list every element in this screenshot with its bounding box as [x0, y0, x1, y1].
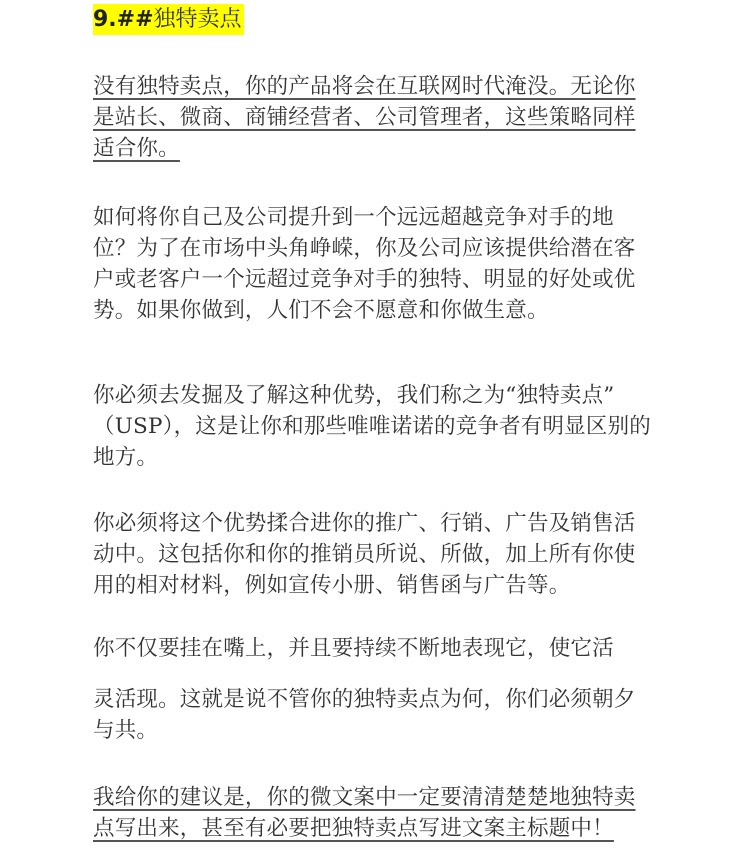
- paragraph-line: 势。如果你做到，人们不会不愿意和你做生意。: [93, 295, 698, 326]
- paragraph-line: 与共。: [93, 715, 698, 746]
- paragraph-line: 如何将你自己及公司提升到一个远远超越竞争对手的地: [93, 202, 698, 233]
- section-heading: 9.##独特卖点: [93, 4, 244, 35]
- paragraph-line: 适合你。: [93, 133, 698, 164]
- paragraph-how-to: 如何将你自己及公司提升到一个远远超越竞争对手的地 位？为了在市场中头角峥嵘，你及…: [93, 202, 698, 326]
- paragraph-line: 位？为了在市场中头角峥嵘，你及公司应该提供给潜在客: [93, 233, 698, 264]
- paragraph-line: 动中。这包括你和你的推销员所说、所做，加上所有你使: [93, 539, 698, 570]
- paragraph-line: 没有独特卖点，你的产品将会在互联网时代淹没。无论你: [93, 71, 698, 102]
- paragraph-line: 你必须将这个优势揉合进你的推广、行销、广告及销售活: [93, 508, 698, 539]
- paragraph-line: 地方。: [93, 442, 698, 473]
- paragraph-line: 户或老客户一个远超过竞争对手的独特、明显的好处或优: [93, 264, 698, 295]
- paragraph-line: 点写出来，甚至有必要把独特卖点写进文案主标题中！: [93, 813, 698, 844]
- paragraph-integrate: 你必须将这个优势揉合进你的推广、行销、广告及销售活 动中。这包括你和你的推销员所…: [93, 508, 698, 601]
- paragraph-line: 你必须去发掘及了解这种优势，我们称之为“独特卖点”: [93, 380, 698, 411]
- paragraph-intro: 没有独特卖点，你的产品将会在互联网时代淹没。无论你 是站长、微商、商铺经营者、公…: [93, 71, 698, 164]
- heading-title: 独特卖点: [154, 7, 242, 32]
- paragraph-line: （USP），这是让你和那些唯唯诺诺的竞争者有明显区别的: [93, 411, 698, 442]
- paragraph-persist-1: 你不仅要挂在嘴上，并且要持续不断地表现它，使它活: [93, 633, 698, 664]
- paragraph-usp: 你必须去发掘及了解这种优势，我们称之为“独特卖点” （USP），这是让你和那些唯…: [93, 380, 698, 473]
- paragraph-line: 我给你的建议是，你的微文案中一定要清清楚楚地独特卖: [93, 782, 698, 813]
- paragraph-line: 是站长、微商、商铺经营者、公司管理者，这些策略同样: [93, 102, 698, 133]
- paragraph-line: 你不仅要挂在嘴上，并且要持续不断地表现它，使它活: [93, 633, 698, 664]
- paragraph-line: 用的相对材料，例如宣传小册、销售函与广告等。: [93, 570, 698, 601]
- paragraph-line: 灵活现。这就是说不管你的独特卖点为何，你们必须朝夕: [93, 684, 698, 715]
- paragraph-advice: 我给你的建议是，你的微文案中一定要清清楚楚地独特卖 点写出来，甚至有必要把独特卖…: [93, 782, 698, 844]
- paragraph-persist-2: 灵活现。这就是说不管你的独特卖点为何，你们必须朝夕 与共。: [93, 684, 698, 746]
- heading-number: 9.##: [93, 7, 154, 32]
